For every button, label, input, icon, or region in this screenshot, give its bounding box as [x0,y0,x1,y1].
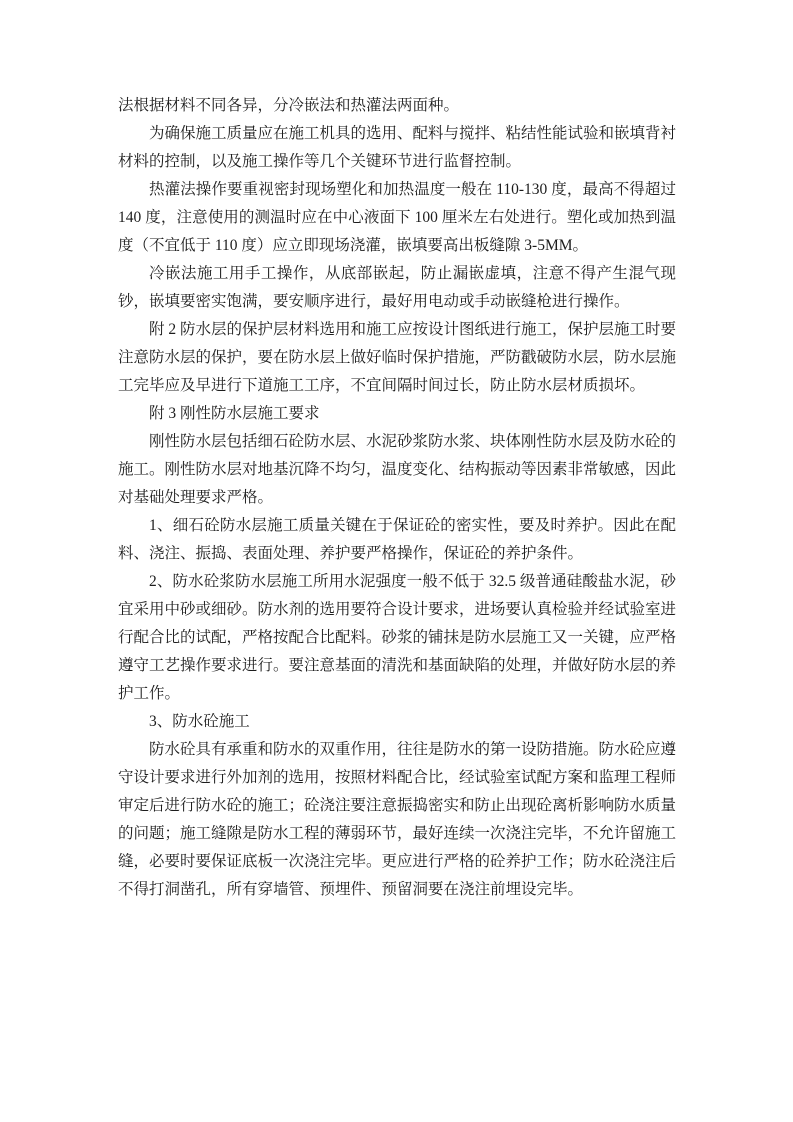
paragraph-11: 防水砼具有承重和防水的双重作用，往往是防水的第一设防措施。防水砼应遵守设计要求进… [118,736,676,904]
paragraph-3: 热灌法操作要重视密封现场塑化和加热温度一般在 110-130 度，最高不得超过 … [118,176,676,260]
document-text-block: 法根据材料不同各异，分冷嵌法和热灌法两面种。 为确保施工质量应在施工机具的选用、… [118,92,676,904]
paragraph-9-item-2: 2、防水砼浆防水层施工所用水泥强度一般不低于 32.5 级普通硅酸盐水泥，砂宜采… [118,568,676,708]
paragraph-2: 为确保施工质量应在施工机具的选用、配料与搅拌、粘结性能试验和嵌填背衬材料的控制，… [118,120,676,176]
paragraph-1: 法根据材料不同各异，分冷嵌法和热灌法两面种。 [118,92,676,120]
paragraph-7: 刚性防水层包括细石砼防水层、水泥砂浆防水浆、块体刚性防水层及防水砼的施工。刚性防… [118,428,676,512]
document-page: 法根据材料不同各异，分冷嵌法和热灌法两面种。 为确保施工质量应在施工机具的选用、… [0,0,793,1122]
paragraph-10-item-3-heading: 3、防水砼施工 [118,708,676,736]
paragraph-5: 附 2 防水层的保护层材料选用和施工应按设计图纸进行施工，保护层施工时要注意防水… [118,316,676,400]
paragraph-4: 冷嵌法施工用手工操作，从底部嵌起，防止漏嵌虚填，注意不得产生混气现钞，嵌填要密实… [118,260,676,316]
paragraph-6-heading-appendix-3: 附 3 刚性防水层施工要求 [118,400,676,428]
paragraph-8-item-1: 1、细石砼防水层施工质量关键在于保证砼的密实性，要及时养护。因此在配料、浇注、振… [118,512,676,568]
